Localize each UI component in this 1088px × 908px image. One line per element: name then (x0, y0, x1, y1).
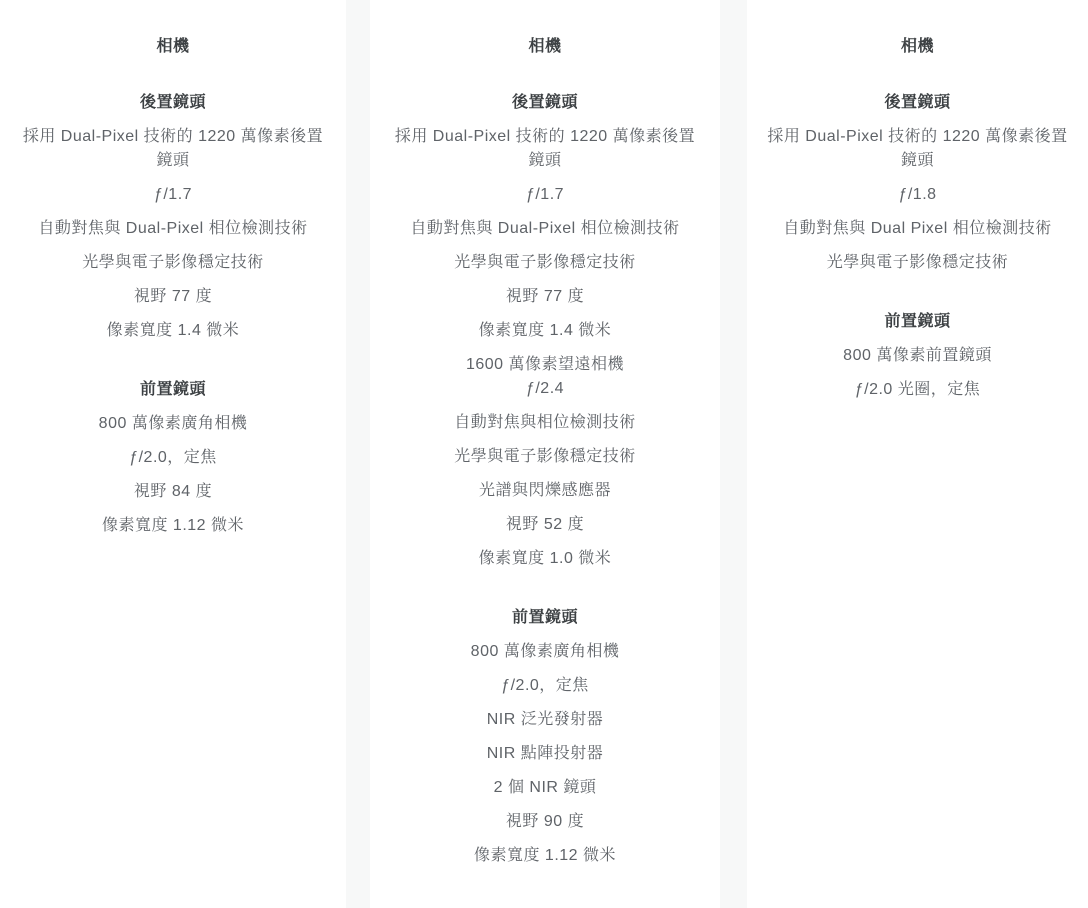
spec-text: ƒ/1.8 (898, 186, 936, 203)
camera-section: 後置鏡頭 採用 Dual-Pixel 技術的 1220 萬像素後置鏡頭 ƒ/1.… (13, 91, 333, 343)
spec-text: ƒ/2.0，定焦 (129, 449, 217, 466)
spec-line: 800 萬像素廣角相機 (13, 412, 333, 436)
section-header: 前置鏡頭 (13, 378, 333, 402)
spec-line: 自動對焦與相位檢測技術 (383, 411, 707, 435)
spec-line: 光譜與閃爍感應器 (383, 479, 707, 503)
comparison-grid: 相機 後置鏡頭 採用 Dual-Pixel 技術的 1220 萬像素後置鏡頭 ƒ… (0, 0, 1088, 908)
spec-line: ƒ/2.0，定焦 (383, 674, 707, 698)
spec-text: 視野 90 度 (506, 813, 584, 830)
spec-line: 800 萬像素前置鏡頭 (760, 344, 1075, 368)
spec-text: ƒ/1.7 (526, 186, 564, 203)
spec-text: 800 萬像素廣角相機 (99, 415, 248, 432)
spec-line: 採用 Dual-Pixel 技術的 1220 萬像素後置鏡頭 (13, 125, 333, 173)
spec-line: 光學與電子影像穩定技術 (383, 445, 707, 469)
spec-text: ƒ/2.4 (526, 380, 564, 397)
spec-line: 自動對焦與 Dual-Pixel 相位檢測技術 (13, 217, 333, 241)
spec-line: NIR 點陣投射器 (383, 742, 707, 766)
spec-line: 像素寬度 1.12 微米 (13, 514, 333, 538)
spec-text: 視野 52 度 (506, 516, 584, 533)
spec-text: 自動對焦與 Dual-Pixel 相位檢測技術 (410, 220, 679, 237)
section-header: 後置鏡頭 (13, 91, 333, 115)
spec-text: 自動對焦與相位檢測技術 (454, 414, 636, 431)
spec-text: 視野 77 度 (506, 288, 584, 305)
section-specs: 800 萬像素廣角相機 ƒ/2.0，定焦 NIR 泛光發射器 NIR 點陣投射器… (383, 640, 707, 868)
camera-section: 前置鏡頭 800 萬像素廣角相機 ƒ/2.0，定焦 視野 84 度 像素寬度 1… (13, 378, 333, 538)
spec-column: 相機 後置鏡頭 採用 Dual-Pixel 技術的 1220 萬像素後置鏡頭 ƒ… (370, 0, 720, 908)
spec-text: NIR 點陣投射器 (487, 745, 604, 762)
spec-line: 光學與電子影像穩定技術 (760, 251, 1075, 275)
spec-text: 光學與電子影像穩定技術 (454, 448, 636, 465)
spec-line: ƒ/1.7 (383, 183, 707, 207)
column-sections: 後置鏡頭 採用 Dual-Pixel 技術的 1220 萬像素後置鏡頭 ƒ/1.… (760, 91, 1075, 402)
column-sections: 後置鏡頭 採用 Dual-Pixel 技術的 1220 萬像素後置鏡頭 ƒ/1.… (383, 91, 707, 868)
column-title: 相機 (13, 35, 333, 59)
spec-text: 採用 Dual-Pixel 技術的 1220 萬像素後置 (395, 128, 695, 145)
spec-line: 1600 萬像素望遠相機ƒ/2.4 (383, 353, 707, 401)
spec-line: 800 萬像素廣角相機 (383, 640, 707, 664)
section-specs: 採用 Dual-Pixel 技術的 1220 萬像素後置鏡頭 ƒ/1.7 自動對… (383, 125, 707, 571)
spec-text: ƒ/2.0，定焦 (501, 677, 589, 694)
spec-text: 光譜與閃爍感應器 (479, 482, 611, 499)
spec-line: 視野 77 度 (13, 285, 333, 309)
spec-line: 採用 Dual-Pixel 技術的 1220 萬像素後置鏡頭 (383, 125, 707, 173)
spec-text: 視野 84 度 (134, 483, 212, 500)
spec-line: 自動對焦與 Dual Pixel 相位檢測技術 (760, 217, 1075, 241)
spec-line: 光學與電子影像穩定技術 (383, 251, 707, 275)
spec-text: 像素寬度 1.12 微米 (102, 517, 244, 534)
section-specs: 採用 Dual-Pixel 技術的 1220 萬像素後置鏡頭 ƒ/1.7 自動對… (13, 125, 333, 343)
section-header: 後置鏡頭 (383, 91, 707, 115)
section-header: 前置鏡頭 (760, 310, 1075, 334)
section-specs: 800 萬像素廣角相機 ƒ/2.0，定焦 視野 84 度 像素寬度 1.12 微… (13, 412, 333, 538)
spec-text: 鏡頭 (901, 152, 934, 169)
spec-text: 鏡頭 (156, 152, 189, 169)
spec-line: 視野 77 度 (383, 285, 707, 309)
spec-text: 像素寬度 1.12 微米 (474, 847, 616, 864)
spec-line: ƒ/2.0 光圈，定焦 (760, 378, 1075, 402)
spec-line: ƒ/1.8 (760, 183, 1075, 207)
spec-line: 視野 52 度 (383, 513, 707, 537)
spec-text: 自動對焦與 Dual Pixel 相位檢測技術 (783, 220, 1051, 237)
camera-section: 後置鏡頭 採用 Dual-Pixel 技術的 1220 萬像素後置鏡頭 ƒ/1.… (760, 91, 1075, 275)
spec-line: 光學與電子影像穩定技術 (13, 251, 333, 275)
spec-line: 視野 84 度 (13, 480, 333, 504)
section-header: 前置鏡頭 (383, 606, 707, 630)
spec-line: 採用 Dual-Pixel 技術的 1220 萬像素後置鏡頭 (760, 125, 1075, 173)
spec-text: 光學與電子影像穩定技術 (827, 254, 1009, 271)
spec-column: 相機 後置鏡頭 採用 Dual-Pixel 技術的 1220 萬像素後置鏡頭 ƒ… (0, 0, 346, 908)
spec-text: 光學與電子影像穩定技術 (82, 254, 264, 271)
spec-text: ƒ/1.7 (154, 186, 192, 203)
section-specs: 800 萬像素前置鏡頭 ƒ/2.0 光圈，定焦 (760, 344, 1075, 402)
spec-line: 像素寬度 1.4 微米 (13, 319, 333, 343)
spec-column: 相機 後置鏡頭 採用 Dual-Pixel 技術的 1220 萬像素後置鏡頭 ƒ… (747, 0, 1088, 908)
spec-line: 視野 90 度 (383, 810, 707, 834)
spec-line: 自動對焦與 Dual-Pixel 相位檢測技術 (383, 217, 707, 241)
spec-line: 像素寬度 1.12 微米 (383, 844, 707, 868)
spec-text: 採用 Dual-Pixel 技術的 1220 萬像素後置 (767, 128, 1067, 145)
spec-text: NIR 泛光發射器 (487, 711, 604, 728)
spec-text: 像素寬度 1.0 微米 (479, 550, 612, 567)
spec-text: 採用 Dual-Pixel 技術的 1220 萬像素後置 (23, 128, 323, 145)
spec-comparison-page: 相機 後置鏡頭 採用 Dual-Pixel 技術的 1220 萬像素後置鏡頭 ƒ… (0, 0, 1088, 908)
spec-text: 光學與電子影像穩定技術 (454, 254, 636, 271)
spec-line: 像素寬度 1.4 微米 (383, 319, 707, 343)
camera-section: 前置鏡頭 800 萬像素前置鏡頭 ƒ/2.0 光圈，定焦 (760, 310, 1075, 402)
column-title: 相機 (383, 35, 707, 59)
spec-line: 像素寬度 1.0 微米 (383, 547, 707, 571)
column-title: 相機 (760, 35, 1075, 59)
section-specs: 採用 Dual-Pixel 技術的 1220 萬像素後置鏡頭 ƒ/1.8 自動對… (760, 125, 1075, 275)
spec-text: ƒ/2.0 光圈，定焦 (855, 381, 981, 398)
spec-line: ƒ/2.0，定焦 (13, 446, 333, 470)
spec-line: 2 個 NIR 鏡頭 (383, 776, 707, 800)
section-header: 後置鏡頭 (760, 91, 1075, 115)
spec-text: 像素寬度 1.4 微米 (107, 322, 240, 339)
spec-text: 自動對焦與 Dual-Pixel 相位檢測技術 (38, 220, 307, 237)
spec-line: ƒ/1.7 (13, 183, 333, 207)
spec-text: 視野 77 度 (134, 288, 212, 305)
camera-section: 後置鏡頭 採用 Dual-Pixel 技術的 1220 萬像素後置鏡頭 ƒ/1.… (383, 91, 707, 571)
spec-line: NIR 泛光發射器 (383, 708, 707, 732)
spec-text: 800 萬像素廣角相機 (471, 643, 620, 660)
spec-text: 鏡頭 (528, 152, 561, 169)
camera-section: 前置鏡頭 800 萬像素廣角相機 ƒ/2.0，定焦 NIR 泛光發射器 NIR … (383, 606, 707, 868)
spec-text: 像素寬度 1.4 微米 (479, 322, 612, 339)
spec-text: 1600 萬像素望遠相機 (466, 356, 624, 373)
spec-text: 2 個 NIR 鏡頭 (494, 779, 597, 796)
column-sections: 後置鏡頭 採用 Dual-Pixel 技術的 1220 萬像素後置鏡頭 ƒ/1.… (13, 91, 333, 538)
spec-text: 800 萬像素前置鏡頭 (843, 347, 992, 364)
